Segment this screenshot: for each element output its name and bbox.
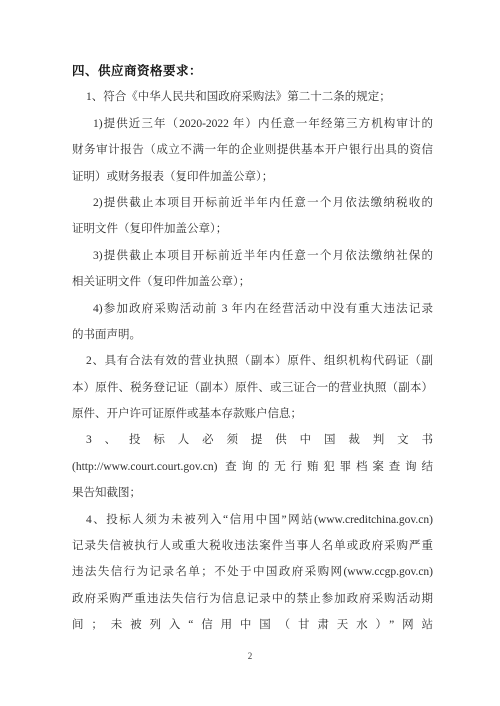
doc-line: 原件、开户许可证原件或基本存款账户信息； [72,401,433,427]
doc-line: 记录失信被执行人或重大税收违法案件当事人名单或政府采购严重 [72,533,433,559]
doc-line: 果告知截图； [72,480,433,506]
doc-line: 间；未被列入“信用中国（甘肃天水）”网站 [72,612,433,638]
doc-line: 财务审计报告（成立不满一年的企业则提供基本开户银行出具的资信 [72,137,433,163]
page-number: 2 [0,649,500,663]
doc-line: 违法失信行为记录名单；不处于中国政府采购网(www.ccgp.gov.cn) [72,559,433,585]
doc-line: 2、具有合法有效的营业执照（副本）原件、组织机构代码证（副 [72,348,433,374]
section-heading: 四、供应商资格要求： [72,58,433,84]
text-column: 四、供应商资格要求： 1、符合《中华人民共和国政府采购法》第二十二条的规定； 1… [72,58,433,639]
doc-line: 本）原件、税务登记证（副本）原件、或三证合一的营业执照（副本） [72,375,433,401]
doc-line: 证明文件（复印件加盖公章）； [72,216,433,242]
doc-line: 的书面声明。 [72,322,433,348]
doc-line: 3)提供截止本项目开标前近半年内任意一个月依法缴纳社保的 [72,243,433,269]
document-page: 四、供应商资格要求： 1、符合《中华人民共和国政府采购法》第二十二条的规定； 1… [0,0,500,706]
doc-line: 3、投标人必须提供中国裁判文书 [72,427,433,453]
doc-line: 4、投标人须为未被列入“信用中国”网站(www.creditchina.gov.… [72,507,433,533]
doc-line: 4)参加政府采购活动前 3 年内在经营活动中没有重大违法记录 [72,296,433,322]
doc-line: 2)提供截止本项目开标前近半年内任意一个月依法缴纳税收的 [72,190,433,216]
doc-line: 1)提供近三年（2020-2022 年）内任意一年经第三方机构审计的 [72,111,433,137]
doc-line: 1、符合《中华人民共和国政府采购法》第二十二条的规定； [72,84,433,110]
doc-line: 证明）或财务报表（复印件加盖公章）； [72,164,433,190]
doc-line: (http://www.court.court.gov.cn) 查询的无行贿犯罪… [72,454,433,480]
doc-line: 相关证明文件（复印件加盖公章）； [72,269,433,295]
doc-line: 政府采购严重违法失信行为信息记录中的禁止参加政府采购活动期 [72,586,433,612]
